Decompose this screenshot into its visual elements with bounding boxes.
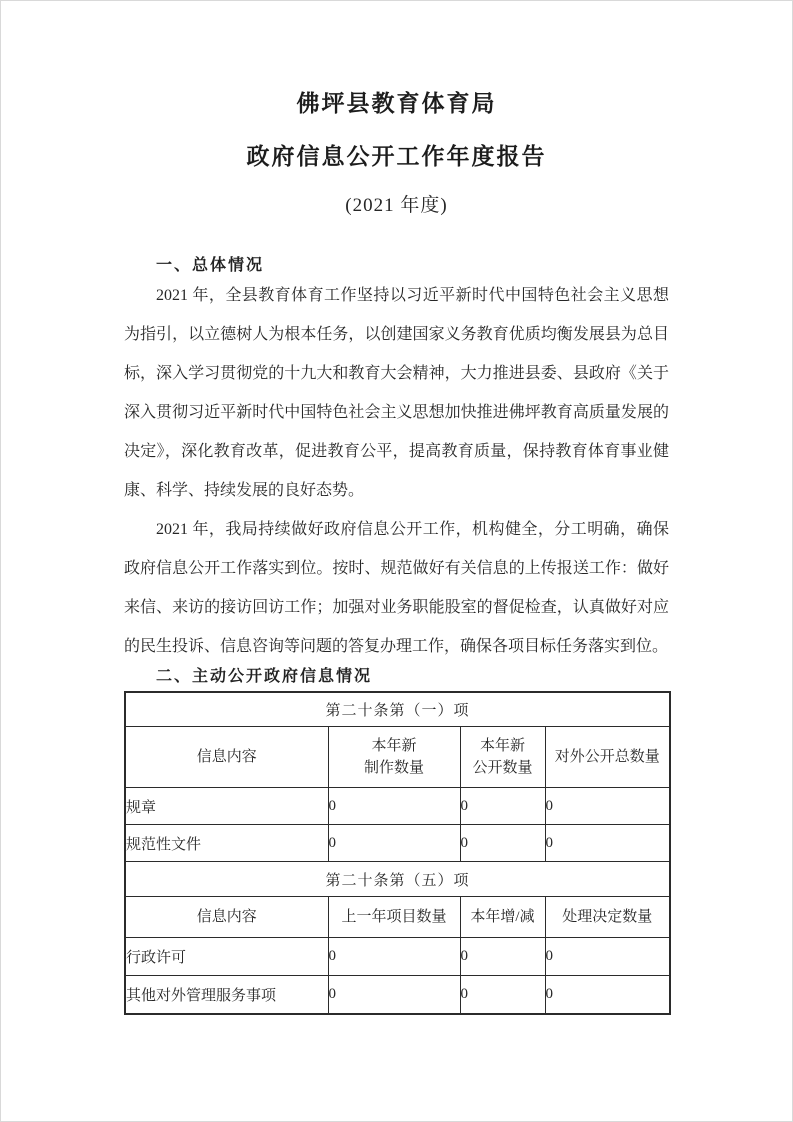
header-line: 本年增/减 <box>461 906 545 928</box>
table-section-title-article20-item1: 第二十条第（一）项 <box>125 692 670 727</box>
row-label-other-services: 其他对外管理服务事项 <box>125 976 328 1015</box>
header-cell-previous-year-count: 上一年项目数量 <box>328 897 460 938</box>
doc-title-line-1: 佛坪县教育体育局 <box>124 89 669 119</box>
header-line: 信息内容 <box>126 906 328 928</box>
cell-other-previous: 0 <box>328 976 460 1015</box>
row-label-normative-documents: 规范性文件 <box>125 825 328 862</box>
header-line: 公开数量 <box>461 757 545 779</box>
table-section-title-row-article20-item1: 第二十条第（一）项 <box>125 692 670 727</box>
row-label-administrative-licensing: 行政许可 <box>125 938 328 976</box>
header-cell-total-public: 对外公开总数量 <box>545 727 670 788</box>
header-cell-info-content: 信息内容 <box>125 727 328 788</box>
cell-normative-total: 0 <box>545 825 670 862</box>
table-section-title-article20-item5: 第二十条第（五）项 <box>125 862 670 897</box>
table-row-administrative-licensing: 行政许可 0 0 0 <box>125 938 670 976</box>
row-label-regulations: 规章 <box>125 788 328 825</box>
header-line: 处理决定数量 <box>546 906 670 928</box>
doc-title-line-2: 政府信息公开工作年度报告 <box>124 142 669 172</box>
header-cell-decision-count: 处理决定数量 <box>545 897 670 938</box>
header-cell-info-content-2: 信息内容 <box>125 897 328 938</box>
table-header-row-part2: 信息内容 上一年项目数量 本年增/减 处理决定数量 <box>125 897 670 938</box>
header-line: 信息内容 <box>126 746 328 768</box>
table-header-row-part1: 信息内容 本年新 制作数量 本年新 公开数量 对外公开总数量 <box>125 727 670 788</box>
header-line: 上一年项目数量 <box>329 906 460 928</box>
cell-other-decisions: 0 <box>545 976 670 1015</box>
header-line: 本年新 <box>329 735 460 757</box>
document-page: 佛坪县教育体育局 政府信息公开工作年度报告 (2021 年度) 一、总体情况 2… <box>0 0 793 1122</box>
cell-licensing-decisions: 0 <box>545 938 670 976</box>
section-heading-proactive-disclosure: 二、主动公开政府信息情况 <box>124 666 669 687</box>
table-row-regulations: 规章 0 0 0 <box>125 788 670 825</box>
cell-other-change: 0 <box>460 976 545 1015</box>
overview-paragraph-2: 2021 年，我局持续做好政府信息公开工作，机构健全，分工明确，确保政府信息公开… <box>124 510 669 666</box>
cell-normative-created: 0 <box>328 825 460 862</box>
doc-title-block: 佛坪县教育体育局 政府信息公开工作年度报告 (2021 年度) <box>124 89 669 219</box>
header-cell-yearly-change: 本年增/减 <box>460 897 545 938</box>
cell-normative-published: 0 <box>460 825 545 862</box>
cell-licensing-previous: 0 <box>328 938 460 976</box>
overview-paragraph-1: 2021 年，全县教育体育工作坚持以习近平新时代中国特色社会主义思想为指引，以立… <box>124 276 669 510</box>
info-disclosure-table: 第二十条第（一）项 信息内容 本年新 制作数量 本年新 公开数量 对外公开总数量 <box>124 691 671 1015</box>
header-line: 制作数量 <box>329 757 460 779</box>
cell-regulations-published: 0 <box>460 788 545 825</box>
header-cell-new-published: 本年新 公开数量 <box>460 727 545 788</box>
doc-title-year: (2021 年度) <box>124 193 669 219</box>
header-line: 对外公开总数量 <box>546 746 670 768</box>
header-cell-new-created: 本年新 制作数量 <box>328 727 460 788</box>
cell-regulations-total: 0 <box>545 788 670 825</box>
table-row-normative-documents: 规范性文件 0 0 0 <box>125 825 670 862</box>
header-line: 本年新 <box>461 735 545 757</box>
cell-licensing-change: 0 <box>460 938 545 976</box>
table-row-other-services: 其他对外管理服务事项 0 0 0 <box>125 976 670 1015</box>
table-section-title-row-article20-item5: 第二十条第（五）项 <box>125 862 670 897</box>
cell-regulations-created: 0 <box>328 788 460 825</box>
section-heading-overview: 一、总体情况 <box>124 255 669 276</box>
